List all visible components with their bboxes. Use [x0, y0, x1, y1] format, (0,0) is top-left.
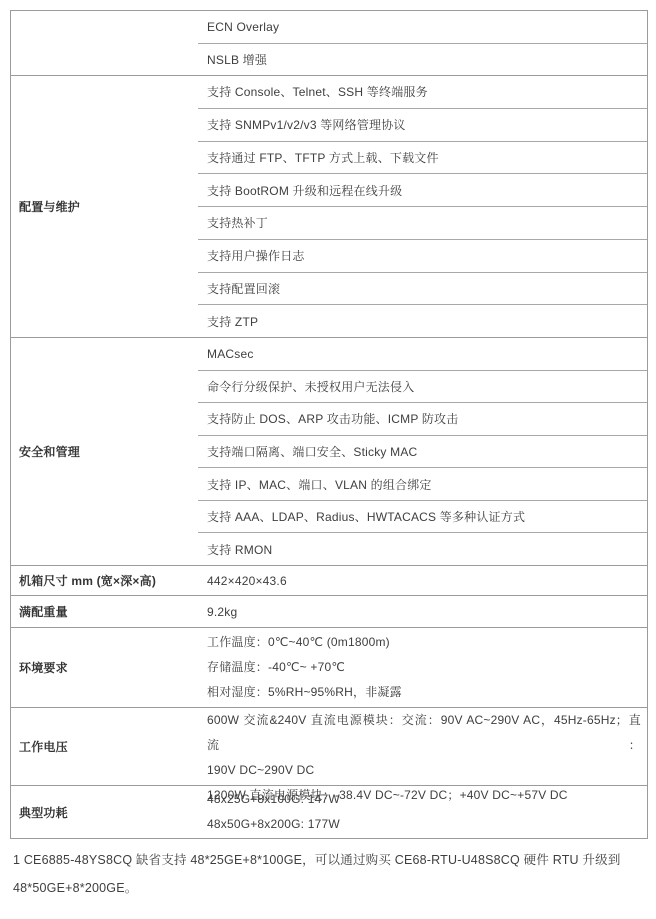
spec-row: 支持用户操作日志 — [198, 240, 647, 273]
spec-row: 支持 IP、MAC、端口、VLAN 的组合绑定 — [198, 468, 647, 501]
spec-row: 支持配置回滚 — [198, 273, 647, 306]
spec-line: 48x50G+8x200G: 177W — [207, 812, 641, 837]
spec-value-cell: 48x25G+8x100G: 147W48x50G+8x200G: 177W — [198, 786, 647, 838]
spec-category-label — [11, 11, 198, 75]
spec-line: 存储温度：-40℃~ +70℃ — [207, 655, 641, 680]
spec-line: 工作温度：0℃~40℃ (0m1800m) — [207, 630, 641, 655]
spec-line: 190V DC~290V DC — [207, 758, 641, 783]
spec-section: 配置与维护支持 Console、Telnet、SSH 等终端服务支持 SNMPv… — [11, 76, 647, 338]
spec-row: 支持 BootROM 升级和远程在线升级 — [198, 174, 647, 207]
spec-row: 支持防止 DOS、ARP 攻击功能、ICMP 防攻击 — [198, 403, 647, 436]
spec-row: ECN Overlay — [198, 11, 647, 44]
spec-row: 支持 AAA、LDAP、Radius、HWTACACS 等多种认证方式 — [198, 501, 647, 534]
spec-value-cell: ECN OverlayNSLB 增强 — [198, 11, 647, 75]
spec-row: NSLB 增强 — [198, 44, 647, 76]
spec-section: 工作电压600W 交流&240V 直流电源模块：交流：90V AC~290V A… — [11, 708, 647, 786]
spec-category-label: 安全和管理 — [11, 338, 198, 565]
spec-value-cell: 工作温度：0℃~40℃ (0m1800m)存储温度：-40℃~ +70℃相对湿度… — [198, 628, 647, 707]
spec-category-label: 典型功耗 — [11, 786, 198, 838]
spec-row: 支持 ZTP — [198, 305, 647, 337]
spec-row: 442×420×43.6 — [198, 566, 647, 595]
spec-row: 支持 Console、Telnet、SSH 等终端服务 — [198, 76, 647, 109]
footnote-text: 1 CE6885-48YS8CQ 缺省支持 48*25GE+8*100GE，可以… — [13, 846, 645, 902]
spec-value-cell: 442×420×43.6 — [198, 566, 647, 595]
spec-section: 环境要求工作温度：0℃~40℃ (0m1800m)存储温度：-40℃~ +70℃… — [11, 628, 647, 708]
spec-category-label: 满配重量 — [11, 596, 198, 627]
spec-multiline-cell: 48x25G+8x100G: 147W48x50G+8x200G: 177W — [198, 786, 647, 838]
spec-multiline-cell: 工作温度：0℃~40℃ (0m1800m)存储温度：-40℃~ +70℃相对湿度… — [198, 628, 647, 707]
spec-section: 机箱尺寸 mm (宽×深×高)442×420×43.6 — [11, 566, 647, 596]
spec-category-label: 工作电压 — [11, 708, 198, 785]
spec-value-cell: 9.2kg — [198, 596, 647, 627]
spec-line: 48x25G+8x100G: 147W — [207, 787, 641, 812]
spec-section: 典型功耗48x25G+8x100G: 147W48x50G+8x200G: 17… — [11, 786, 647, 838]
spec-category-label: 环境要求 — [11, 628, 198, 707]
spec-row: 支持热补丁 — [198, 207, 647, 240]
spec-line: 600W 交流&240V 直流电源模块：交流：90V AC~290V AC，45… — [207, 708, 641, 758]
spec-row: 支持通过 FTP、TFTP 方式上载、下载文件 — [198, 142, 647, 175]
spec-category-label: 配置与维护 — [11, 76, 198, 337]
spec-value-cell: 支持 Console、Telnet、SSH 等终端服务支持 SNMPv1/v2/… — [198, 76, 647, 337]
spec-row: 支持 RMON — [198, 533, 647, 565]
spec-row: 支持端口隔离、端口安全、Sticky MAC — [198, 436, 647, 469]
spec-section: ECN OverlayNSLB 增强 — [11, 11, 647, 76]
spec-value-cell: MACsec命令行分级保护、未授权用户无法侵入支持防止 DOS、ARP 攻击功能… — [198, 338, 647, 565]
spec-value-cell: 600W 交流&240V 直流电源模块：交流：90V AC~290V AC，45… — [198, 708, 647, 785]
spec-line: 相对湿度：5%RH~95%RH，非凝露 — [207, 680, 641, 705]
spec-section: 满配重量9.2kg — [11, 596, 647, 628]
spec-row: 支持 SNMPv1/v2/v3 等网络管理协议 — [198, 109, 647, 142]
spec-table: ECN OverlayNSLB 增强配置与维护支持 Console、Telnet… — [10, 10, 648, 839]
spec-section: 安全和管理MACsec命令行分级保护、未授权用户无法侵入支持防止 DOS、ARP… — [11, 338, 647, 566]
spec-category-label: 机箱尺寸 mm (宽×深×高) — [11, 566, 198, 595]
spec-row: 命令行分级保护、未授权用户无法侵入 — [198, 371, 647, 404]
spec-row: 9.2kg — [198, 596, 647, 627]
spec-row: MACsec — [198, 338, 647, 371]
